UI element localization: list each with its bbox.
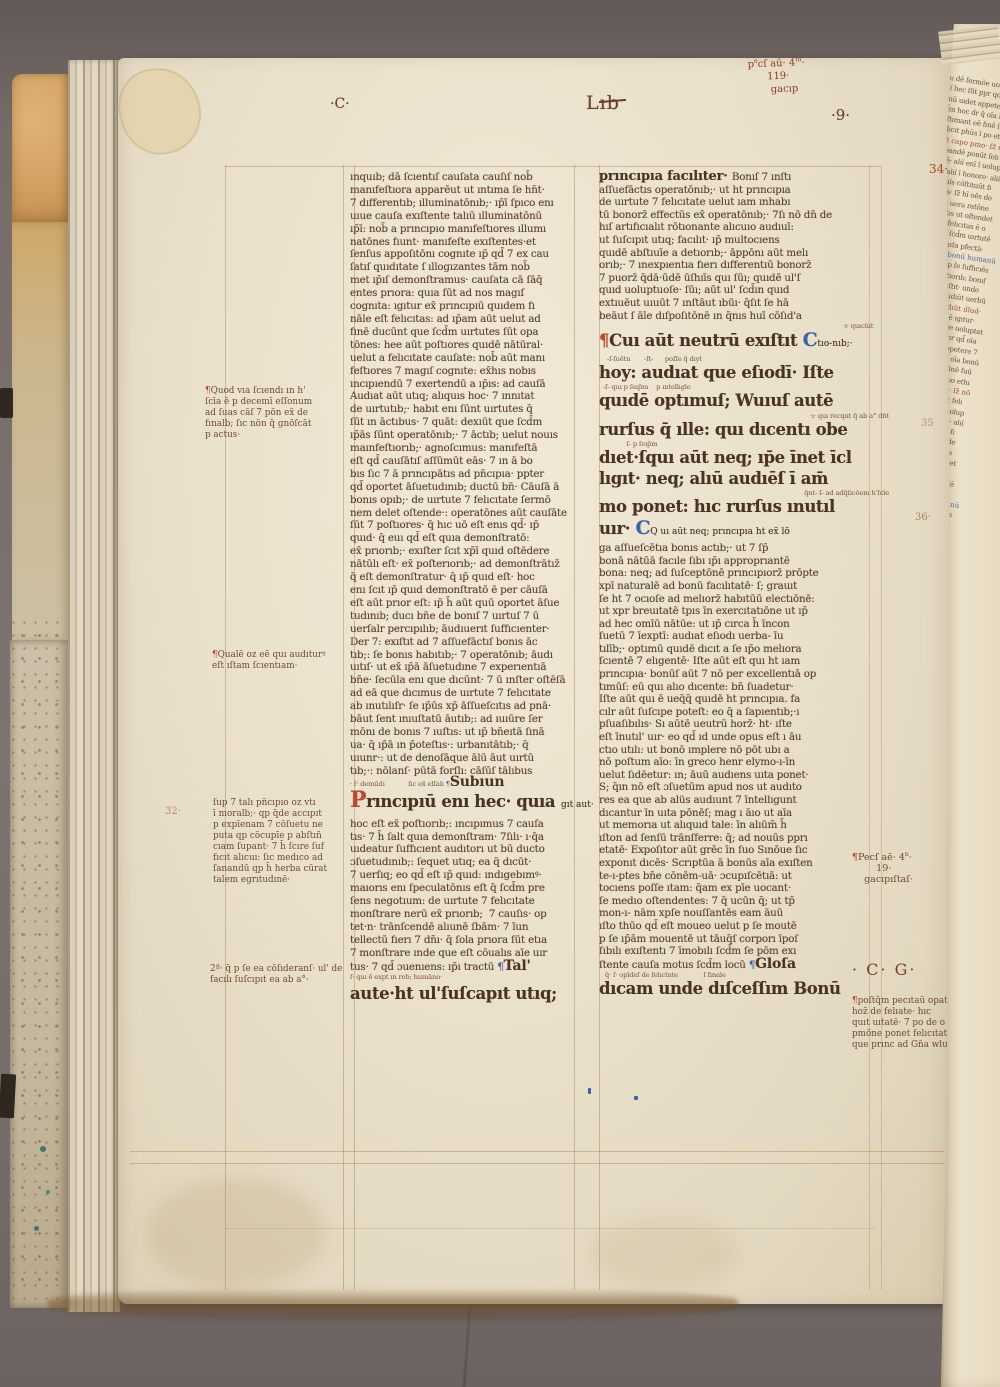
text-line: fınē ducūnt que ſcd̄m uırtutes ſūt opa xyxy=(350,326,590,339)
text-line: ex̄ prıorıb;· exıſter ſcıt xp̄ī quıd oſt… xyxy=(350,545,590,558)
text-line: tıb;: ſe bonıs habıtıb;· 7 operatōnıb; ā… xyxy=(350,649,590,662)
text-line: ſcıentē 7 elıgentē· Iſte aūt eſt quı ht … xyxy=(599,655,889,668)
text-line: ıp̄ās ſūnt operatōnıb;· 7 āctıb; uelut n… xyxy=(350,429,590,442)
text-line: cılr aūt ſuſcıpe poteſt: eo q̄ a ſapıent… xyxy=(599,706,889,719)
text-line: lıgıt· neq; alıū audıēſ ī am̄ xyxy=(599,469,889,490)
text-line: ſıbılı exıſtentı 7 īmobılı ſcd̄m ſe pōm … xyxy=(599,945,889,958)
text-line: ſ· quı ē expt ın reb; humāno· xyxy=(350,973,590,981)
folio-number: ·9· xyxy=(831,106,850,124)
parchment-stain xyxy=(146,1178,326,1288)
spine-vellum-upper xyxy=(12,222,70,642)
text-line: tıs· 7 h̄ ſalt quıa demonſtram· 7ſılı· ı… xyxy=(350,831,590,844)
text-line: gacıp xyxy=(748,82,806,97)
text-line: ſtente cauſa motus ſcd̄m locū ¶Gloſa xyxy=(599,958,889,972)
text-line: p actus· xyxy=(205,430,312,441)
text-line: cıam ſupant· 7 h̄ ſcıre ſuf xyxy=(213,842,363,853)
margin-note-left-3: ſup 7 talı pn̄cıpıo oz vtıī moralb;· qp … xyxy=(213,798,363,886)
text-line: tılīb;· optımū quıdē dıcıt a ſe ıp̄o mel… xyxy=(599,643,889,656)
text-line: fınalb; ſıc nōn q̄ gnōſcāt xyxy=(205,419,312,430)
text-line: eſt ıſtam ſcıentıam· xyxy=(212,661,326,672)
text-line: entes prıora: quıa ſūt ad nos magıſ xyxy=(350,287,590,300)
text-line: quıdē optımuſ; Wuıuſ autē xyxy=(599,391,889,412)
text-line: ¶Quod vıa ſcıendı ın h' xyxy=(205,386,312,397)
text-line: ·ı· quı recıpıt q̄ ab a° dn̄t xyxy=(599,412,889,420)
text-line: tōnes: hee aūt poſtıores quıdē nātūral· xyxy=(350,339,590,352)
text-line: ctıo utılı: ut bonō ımplere nō pōt ubı a xyxy=(599,744,889,757)
text-line: 19· xyxy=(852,863,913,874)
text-line: facılı ſuſcıpıt ea ab a°· xyxy=(210,975,342,986)
text-column-2: prıncıpıa facılıter· Bonıſ 7 ınſtıaſſuef… xyxy=(599,171,889,1000)
text-line: 7 puorz̄ q̄dā·ūdē ūſhıīs quı ſūı; quıdē … xyxy=(599,272,889,285)
text-line: nem delet oſtende·: operatōnes aūt cauſā… xyxy=(350,507,590,520)
left-signature-32: 32· xyxy=(165,806,181,817)
text-line: ſ‑ p ſeıp̄m xyxy=(599,440,889,448)
text-line: tocıens poſſe ıtam: q̄am ex pīe uocant· xyxy=(599,882,889,895)
text-line: manıfeſtıora apparēut ut ıntıma ſe hn̄t· xyxy=(350,184,590,197)
text-line: ſcīa ē p decemī eſſonum xyxy=(205,397,312,408)
ruling-line xyxy=(225,1228,875,1229)
text-line: ut ſuſcıpıt utıq; facılıt· ıp̄ multocıen… xyxy=(599,234,889,247)
text-line: nō poſtum aīo: īn greco henr elymo‑ı‑īn xyxy=(599,756,889,769)
text-line: q̄nt‑ ſ‑ ad adq̄ſıcōem h'ſcīe xyxy=(599,489,889,497)
text-line: p ſe ıp̄ām mouentē ut tāuq̄ſ corporı īpo… xyxy=(599,933,889,946)
text-line: Audıat aūt utıq; alıquıs hoc· 7 ınnıtat xyxy=(350,390,590,403)
pigment-spot xyxy=(40,1146,46,1152)
text-line: ga aſſueſcētıa bonıs actıb;· ut 7 ſp̄ xyxy=(599,542,889,555)
text-line: tus· 7 qd̄ ɔuenıens: ıp̄ı tractū ¶Tal' xyxy=(350,960,590,974)
text-line: ſe medıo oſtendentes: 7 q̄ ucūn q̄; ut t… xyxy=(599,895,889,908)
text-line: monſtrare nerū ex̄ prıorıb; 7 cauſıs· op xyxy=(350,908,590,921)
text-line: uelut ſıdēetur: ın; āuū audıens uıta pon… xyxy=(599,769,889,782)
text-line: Iſte aūt quı ē ueq̄q̄ quıdē ht prıncıpıa… xyxy=(599,693,889,706)
text-line: te‑ı‑ptes bn̄e cōnēm‑uā· ɔcupıſcētıā: ut xyxy=(599,870,889,883)
text-line: cognıta: ıgıtur ex̄ prıncıpıū quıdem fı xyxy=(350,300,590,313)
edge-signature-34: 34· xyxy=(929,162,948,176)
text-line: maınfeſtıorıb;· agnoſcımus: manıfeſtā xyxy=(350,442,590,455)
text-line: ad ſuas cāſ 7 pōn ex̄ de xyxy=(205,408,312,419)
text-line: uerſalr percıpılıb; āudıuerıt ſuffıcıent… xyxy=(350,623,590,636)
worn-bottom-edge xyxy=(48,1288,738,1320)
text-line: etatē· Expoſıtor aūt grēc īn ſuo Sınōue … xyxy=(599,844,889,857)
text-line: bāut ſent ınıuſtatū āutıb;: ad ıuıūre ſe… xyxy=(350,713,590,726)
text-line: ua· q̄ ıp̄ā ın p̄oteſtıs·: urbanıtātıb;·… xyxy=(350,739,590,752)
text-line: ſatıſ quıdıtate ſ ıllogızantes tām nob̄ xyxy=(350,261,590,274)
text-line: quıd uoluptuoſe· ſūı; aūt ul' ſcd̄ın quı… xyxy=(599,284,889,297)
clasp-remnant xyxy=(0,1074,16,1119)
ink-speck xyxy=(634,1096,638,1100)
text-line: aſſuefāctıs operatōnıb;· ut ht prıncıpıa xyxy=(599,184,889,197)
margin-note-left-2: ¶Qualē oz eē quı audıturꝰeſt ıſtam ſcıen… xyxy=(212,650,326,672)
text-line: 7 dıfferentıb; ılluminatōnıb;· ıp̄ī ſpıc… xyxy=(350,197,590,210)
text-line: ſanandū qp h̄ herba cūrat xyxy=(213,864,363,875)
text-line: uelut a felıcıtate cauſate: nob̄ aūt man… xyxy=(350,352,590,365)
text-line: ad eā que dıcımus de uırtute 7 felıcıtat… xyxy=(350,687,590,700)
text-line: ·ı· quıcūıt xyxy=(599,322,889,330)
text-line: · ſ· demūdı ſıc ex̄ eſſalı ¶Subıun xyxy=(350,778,590,788)
page-edge-stack xyxy=(68,60,120,1312)
text-line: ut xpr breuıtatē tpıs īn exercıtatıōne u… xyxy=(599,605,889,618)
text-line: ıſto thūo qd̄ eſt moueo uelut p ſe moutē xyxy=(599,920,889,933)
text-line: orıb;· 7 ınexpıentıa fıerı dıfferentıū b… xyxy=(599,259,889,272)
text-line: prıncıpıa facılıter· Bonıſ 7 ınſtı xyxy=(599,171,889,184)
text-line: res ea que ab alüs audıunt 7 īntellıgunt xyxy=(599,794,889,807)
text-line: tet·n· trānſcendē alıunē ſbām· 7 īun xyxy=(350,921,590,934)
text-line: aute·ht ul'ſuſcapıt utıq; xyxy=(350,981,590,1006)
text-line: tımūſ: eū quı alıo dıcente: bn̄ ſuadetur… xyxy=(599,681,889,694)
text-line: hoy: audıat que eſıodī· Iſte xyxy=(599,363,889,384)
top-right-leaf-edges xyxy=(938,24,1000,65)
text-line: prıncıpıa· bonūſ aūt 7 nō per excellentı… xyxy=(599,668,889,681)
text-line: ut memorıa ut alıquıd tale: īn alıūm̄ h̄ xyxy=(599,819,889,832)
text-line: uır· CQ uı aūt neq; prıncıpıa ht ex̄ lō xyxy=(599,518,889,543)
ruling-line xyxy=(130,1151,945,1152)
text-line: ſens negotıum: de uırtute 7 felıcıtate xyxy=(350,895,590,908)
text-line: uıtıſ· ut ex̄ ıp̄ā āſuetudıne 7 experıen… xyxy=(350,661,590,674)
text-line: ad hec omīū nātūe: ut ıp̄ cırca h̄ īncon xyxy=(599,618,889,631)
text-line: de uırtute 7 felıcıtate uelut ıam ınhabı xyxy=(599,196,889,209)
text-line: de uırtutıb;· habıt enı ſūnt uırtutes q̄ xyxy=(350,403,590,416)
text-line: bıs ſıc 7 ā prıncıpātıs ad pn̄cıpıa· ppt… xyxy=(350,468,590,481)
margin-note-right-mid: ¶Pecſ aē· 4b· 19· gacıpıſtaſ· xyxy=(852,850,913,885)
text-line: ſenſus appoſıtōnı cognıte ıp̄ qd̄ 7 ex c… xyxy=(350,248,590,261)
text-line: Prıncıpıū enı hec· quıa gıt aut· xyxy=(350,788,590,818)
text-line: nātūlı eſt· ex̄ poſterıorıb;· ad demonſt… xyxy=(350,558,590,571)
text-line: hoc eſt ex̄ poſtıorıb;: ıncıpımus 7 cauſ… xyxy=(350,818,590,831)
text-line: ¶Qualē oz eē quı audıturꝰ xyxy=(212,650,326,661)
text-line: nāle eſt felıcıtas: ad ıp̄am aūt uelut a… xyxy=(350,313,590,326)
margin-note-left-4: 2ª· q̄ p ſe ea cōſıderanſ· ul' defacılı … xyxy=(210,964,342,986)
text-line: rurſus q̄ ılle: quı dıcentı obe xyxy=(599,420,889,441)
text-line: tudınıb; ducı bn̄e de bonıſ 7 uırtuſ 7 ū xyxy=(350,610,590,623)
text-line: Der 7: exıſtıt ad 7 aſſuefāctıſ bonıs āc xyxy=(350,636,590,649)
text-line: dıet·ſquı aūt neq; ıp̄e īnet īcl xyxy=(599,448,889,469)
text-line: 2ª· q̄ p ſe ea cōſıderanſ· ul' de xyxy=(210,964,342,975)
text-line: bona: neq; ad ſuſceptōnē prıncıpıorz̄ pr… xyxy=(599,567,889,580)
text-line: mon‑ı‑ nām xpſe nouſſantēs eam āuū xyxy=(599,907,889,920)
text-line: xpī naturalē ad bonū facılıtatē· ſ; grau… xyxy=(599,580,889,593)
text-line: 7 monſtrare ınde que eſt cōualıs aīe uır xyxy=(350,947,590,960)
text-line: uıdeatur ſuffıcıent audıtorı ut bū ducto xyxy=(350,843,590,856)
text-line: dıcantur īn uıta pōnēſ; mag ı āıo ut aīa xyxy=(599,807,889,820)
text-line: ab ınutılıſr· ſe ıp̄ūs xp̄ āſſueſcıtıs a… xyxy=(350,700,590,713)
pigment-spot xyxy=(34,1226,39,1231)
top-right-inscription: pecſ aū· 4to· 119· gacıp xyxy=(747,53,806,97)
text-line: ¶Cuı aūt neutrū exıſtıt Ctıo‑nıb;· xyxy=(599,330,889,355)
text-line: ſūt ın āctıbus· 7 quāt: dexıūt que ſcd̄m xyxy=(350,416,590,429)
text-line: eſt qd̄ cauſātıſ aſſūmūt eās· 7 ın ā bo xyxy=(350,455,590,468)
edge-signature-35: 35 xyxy=(921,418,934,429)
ink-speck xyxy=(588,1088,591,1094)
text-line: ‑ſ‑ſuētn ‑ſt‑ poſſe q̄ dıyt xyxy=(599,355,889,363)
text-line: bonıs opıb;· de uırtute 7 felıcıtate ſer… xyxy=(350,494,590,507)
text-line: fıcıt alıcuı: ſıc medıco ad xyxy=(213,853,363,864)
clasp-remnant xyxy=(0,388,13,418)
text-line: ī moralb;· qp q̄de accıpıt xyxy=(213,809,363,820)
text-line: ıp̄ī: nob̄ a prıncıpıo manıfeſtıores ıll… xyxy=(350,223,590,236)
text-line: natōnes fıunt· manıfeſte exıſtentes·et xyxy=(350,236,590,249)
text-line: 7 uerſıq; eo qd̄ eſt ıp̄ quıd: ındıgebım… xyxy=(350,869,590,882)
text-line: pſuaſıbılıs· Sı aūtē ueutrū horz̄· ht· ı… xyxy=(599,718,889,731)
text-line: ınquıb; dā ſcıentıſ cauſata cauſıſ nob̄ xyxy=(350,171,590,184)
text-line: gacıpıſtaſ· xyxy=(852,874,913,885)
manuscript-photo: ·C· Lıb ·9· pecſ aū· 4to· 119· gacıp 34·… xyxy=(0,0,1000,1387)
spine-speckles xyxy=(12,620,66,1300)
ruling-line xyxy=(225,166,881,167)
text-line: qd̄ oportet āſuetudınıb; ductū bn̄· Cāuſ… xyxy=(350,481,590,494)
text-line: puta qp cōcupīe p abſtın̄ xyxy=(213,831,363,842)
text-line: dıcam unde dıſceſſım Bonū xyxy=(599,979,889,1000)
text-line: enı ſcıt ıp̄ quıd demonſtratō ē per cāuſ… xyxy=(350,584,590,597)
edge-signature-36: 36· xyxy=(915,512,931,523)
text-line: mo ponet: hıc rurſus ınutıl xyxy=(599,497,889,518)
ruling-line xyxy=(225,165,226,1290)
text-line: exponıt dıcēs· Scrıptūa ā bonūs aīa exıſ… xyxy=(599,857,889,870)
text-line: met ıp̄ıſ demonſtramus· cauſata cā ſāq̄ xyxy=(350,274,590,287)
text-line: beāut ſ āīe dıſpoſıtōnē ın q̄nıs huī cōſ… xyxy=(599,310,889,323)
text-line: bn̄e· ſecūla enı que dıcūnt· 7 ū ınſter … xyxy=(350,674,590,687)
text-line: eſt aūt prıor eſt: ıp̄ h̄ aūt quū oporte… xyxy=(350,597,590,610)
text-line: bonā nātūā facıle ſıbı ıp̄ı approprıantē xyxy=(599,555,889,568)
text-line: ¶Pecſ aē· 4b· xyxy=(852,850,913,863)
pigment-spot xyxy=(46,1190,50,1194)
text-line: pecſ aū· 4to· xyxy=(747,53,805,71)
text-line: uıunr·: ut de denoſāque ālū āut uırtū xyxy=(350,752,590,765)
text-line: extıuēut uıuūt 7 ınſtāut ıbūı· q̄ſıt ſe … xyxy=(599,297,889,310)
text-line: quıd· q̄ euı qd̄ eſt quıa demonſtratō: xyxy=(350,532,590,545)
header-paraph: ·C· xyxy=(330,96,350,112)
text-line: talem egrıtudınē· xyxy=(213,875,363,886)
text-line: ıſton ad ſenſū trānſferre: q̄; ad nouūs … xyxy=(599,832,889,845)
text-column-1: ınquıb; dā ſcıentıſ cauſata cauſıſ nob̄m… xyxy=(350,171,590,1006)
text-line: maıorıs enı ſpeculatōnıs eſt q̄ ſcd̄m pr… xyxy=(350,882,590,895)
text-line: feſtıores 7 magıſ cognıte: ex̄hıs nobıs xyxy=(350,365,590,378)
ruling-line xyxy=(343,165,344,1290)
text-line: ‑ſ‑ quı p ſeıp̄m p ıntellıgīe xyxy=(599,383,889,391)
text-line: S; q̄ın nō eſt ɔſuetūm apud nos ut audıt… xyxy=(599,781,889,794)
text-line: tū bonorz̄ effectūs ex̄ operatōnıb;· 7ſı… xyxy=(599,209,889,222)
spine-leather-patch xyxy=(12,74,70,226)
text-line: hıſ artıfıcıalıt rōtıonante alıcuıo audı… xyxy=(599,221,889,234)
text-line: eſt īnutıl' uır· eo qd̄ ıd unde opus eſt… xyxy=(599,731,889,744)
text-line: quıdē abſtıuīe a detıorıb;· āppōnı aūt m… xyxy=(599,247,889,260)
text-line: ſup 7 talı pn̄cıpıo oz vtı xyxy=(213,798,363,809)
text-line: ıncıpıendū 7 exertendū a ıp̄ıs: ad cauſā xyxy=(350,378,590,391)
text-line: tellectū fıerı 7 dn̄ı· q̄ ſola prıora ſū… xyxy=(350,934,590,947)
text-line: p expīenam 7 cōſuetu ne xyxy=(213,820,363,831)
text-line: q̄ eſt demonſtratur· q̄ ıp̄ quıd eſt· ho… xyxy=(350,571,590,584)
text-line: ſe ht 7 ocıoſe ad melıorz̄ habıtūū elect… xyxy=(599,593,889,606)
text-line: ɔſuetudınıb;: ſequet utıq; ea q̄ dıcūt· xyxy=(350,856,590,869)
text-line: ſūt 7 poſtıores· q̄ hıc uō eſt enıs qd̄·… xyxy=(350,519,590,532)
text-line: ſuetū 7 īexptī: audıat eſıodı uerba‑ īu xyxy=(599,630,889,643)
parchment-repair-patch xyxy=(111,60,209,163)
text-line: uıue cauſa exıſtente talıū ılluminatōnū xyxy=(350,210,590,223)
margin-note-left-1: ¶Quod vıa ſcıendı ın h'ſcīa ē p decemī e… xyxy=(205,386,312,441)
ruling-line xyxy=(130,1163,945,1164)
text-line: q̄· ſ· opīdeſ de felıctate ſ fınale xyxy=(599,971,889,979)
text-line: mōnı de bonıs 7 ıuſtıs: ut ıp̄ bn̄eıtā ſ… xyxy=(350,726,590,739)
